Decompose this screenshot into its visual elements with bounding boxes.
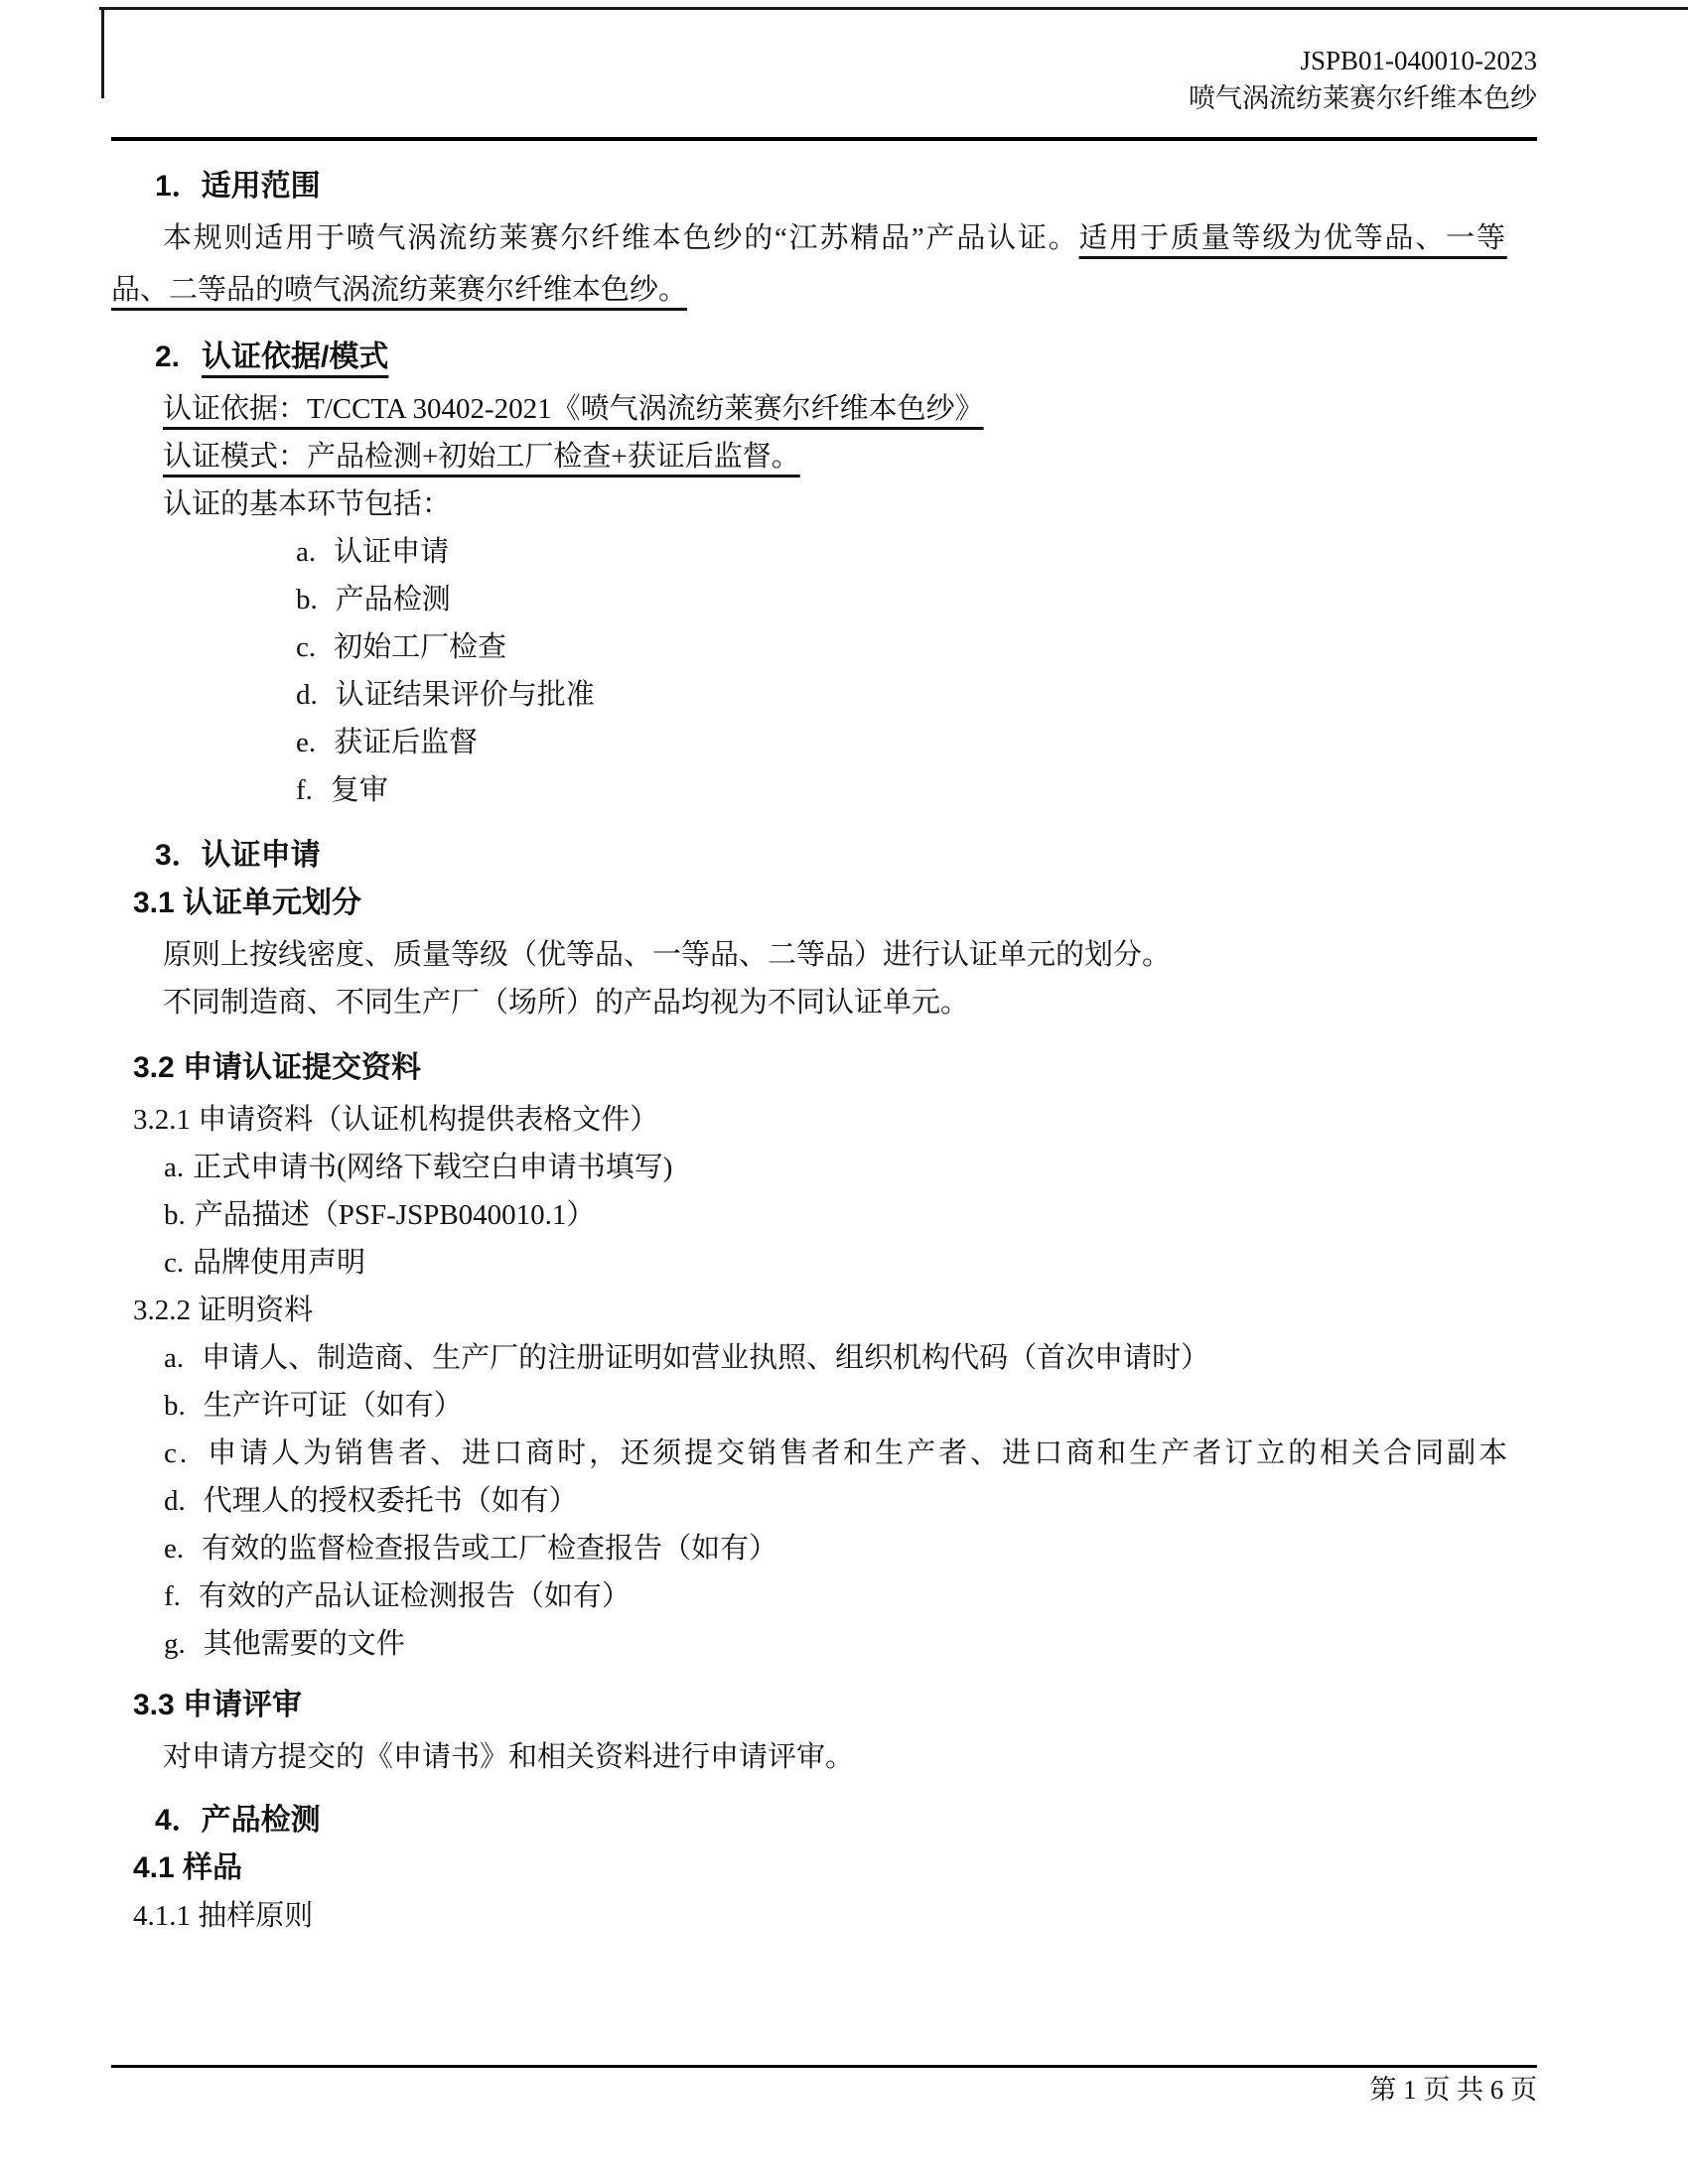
step-text: 认证申请	[334, 536, 449, 568]
page-header: JSPB01-040010-2023 喷气涡流纺莱赛尔纤维本色纱	[111, 42, 1537, 117]
proof-item-a: a.申请人、制造商、生产厂的注册证明如营业执照、组织机构代码（首次申请时）	[111, 1334, 1537, 1382]
step-item-b: b.产品检测	[111, 576, 1537, 623]
section-3-2-2-heading: 3.2.2 证明资料	[111, 1287, 1537, 1334]
item-text: 其他需要的文件	[204, 1628, 405, 1660]
section-4-heading: 4．产品检测	[111, 1797, 1537, 1844]
certification-basis-text: 认证依据：T/CCTA 30402-2021《喷气涡流纺莱赛尔纤维本色纱》	[163, 393, 984, 425]
step-marker: f.	[296, 774, 313, 806]
item-marker: a.	[164, 1152, 184, 1183]
section-2-number: 2.	[155, 341, 180, 373]
scope-text-normal: 本规则适用于喷气涡流纺莱赛尔纤维本色纱的“江苏精品”产品认证。	[163, 222, 1079, 254]
scan-artifact-left-line	[101, 7, 104, 98]
section-1-paragraph-line-1: 本规则适用于喷气涡流纺莱赛尔纤维本色纱的“江苏精品”产品认证。适用于质量等级为优…	[111, 214, 1537, 262]
section-2-heading: 2.认证依据/模式	[111, 334, 1537, 381]
section-1-heading: 1．适用范围	[111, 163, 1537, 210]
proof-item-d: d.代理人的授权委托书（如有）	[111, 1477, 1537, 1525]
step-item-e: e.获证后监督	[111, 719, 1537, 766]
proof-item-g: g.其他需要的文件	[111, 1620, 1537, 1668]
section-4-1-heading: 4.1 样品	[111, 1844, 1537, 1892]
section-1-paragraph-line-2: 品、二等品的喷气涡流纺莱赛尔纤维本色纱。	[111, 266, 1537, 314]
scope-text-underlined-2: 品、二等品的喷气涡流纺莱赛尔纤维本色纱。	[111, 274, 687, 306]
item-marker: c.	[164, 1247, 184, 1279]
doc-title: 喷气涡流纺莱赛尔纤维本色纱	[111, 79, 1537, 117]
step-item-f: f.复审	[111, 766, 1537, 814]
item-text: 代理人的授权委托书（如有）	[204, 1485, 578, 1517]
header-rule	[111, 137, 1537, 141]
item-marker: g.	[164, 1628, 186, 1660]
item-text: 产品描述（PSF-JSPB040010.1）	[195, 1199, 596, 1231]
step-text: 初始工厂检查	[334, 631, 506, 663]
item-text: 申请人为销售者、进口商时，还须提交销售者和生产者、进口商和生产者订立的相关合同副…	[208, 1437, 1510, 1469]
step-item-a: a.认证申请	[111, 528, 1537, 576]
item-marker: c.	[164, 1437, 190, 1469]
section-3-1-paragraph-1: 原则上按线密度、质量等级（优等品、一等品、二等品）进行认证单元的划分。	[111, 931, 1537, 979]
page-footer: 第 1 页 共 6 页	[111, 2071, 1537, 2109]
section-3-3-heading: 3.3 申请评审	[111, 1682, 1537, 1729]
page-number: 第 1 页 共 6 页	[1369, 2075, 1537, 2105]
doc-code: JSPB01-040010-2023	[111, 42, 1537, 79]
steps-intro: 认证的基本环节包括：	[111, 480, 1537, 528]
item-marker: a.	[164, 1342, 184, 1374]
item-marker: e.	[164, 1533, 184, 1565]
section-3-2-heading: 3.2 申请认证提交资料	[111, 1044, 1537, 1092]
step-text: 认证结果评价与批准	[336, 679, 595, 711]
item-text: 申请人、制造商、生产厂的注册证明如营业执照、组织机构代码（首次申请时）	[202, 1342, 1209, 1374]
section-3-heading: 3．认证申请	[111, 832, 1537, 880]
footer-rule	[111, 2065, 1537, 2068]
step-text: 复审	[331, 774, 388, 806]
certification-mode-text: 认证模式：产品检测+初始工厂检查+获证后监督。	[163, 441, 800, 473]
item-text: 正式申请书(网络下载空白申请书填写)	[193, 1152, 672, 1183]
section-4-1-1-heading: 4.1.1 抽样原则	[111, 1892, 1537, 1940]
step-text: 获证后监督	[334, 727, 478, 758]
item-text: 有效的产品认证检测报告（如有）	[199, 1580, 631, 1612]
step-marker: a.	[296, 536, 316, 568]
section-3-1-paragraph-2: 不同制造商、不同生产厂（场所）的产品均视为不同认证单元。	[111, 979, 1537, 1026]
item-text: 生产许可证（如有）	[204, 1390, 463, 1422]
item-text: 品牌使用声明	[193, 1247, 365, 1279]
scan-artifact-top-line	[99, 7, 1688, 10]
proof-item-b: b.生产许可证（如有）	[111, 1382, 1537, 1430]
item-marker: b.	[164, 1390, 186, 1422]
certification-mode-line: 认证模式：产品检测+初始工厂检查+获证后监督。	[111, 433, 1537, 480]
document-page: JSPB01-040010-2023 喷气涡流纺莱赛尔纤维本色纱 1．适用范围 …	[0, 0, 1688, 2184]
proof-item-e: e.有效的监督检查报告或工厂检查报告（如有）	[111, 1525, 1537, 1572]
section-3-3-paragraph: 对申请方提交的《申请书》和相关资料进行申请评审。	[111, 1733, 1537, 1781]
certification-basis-line: 认证依据：T/CCTA 30402-2021《喷气涡流纺莱赛尔纤维本色纱》	[111, 385, 1537, 433]
application-item-a: a.正式申请书(网络下载空白申请书填写)	[111, 1144, 1537, 1191]
item-marker: b.	[164, 1199, 186, 1231]
section-3-2-1-heading: 3.2.1 申请资料（认证机构提供表格文件）	[111, 1096, 1537, 1144]
application-item-c: c.品牌使用声明	[111, 1239, 1537, 1287]
document-body: 1．适用范围 本规则适用于喷气涡流纺莱赛尔纤维本色纱的“江苏精品”产品认证。适用…	[111, 159, 1537, 1940]
section-3-1-heading: 3.1 认证单元划分	[111, 880, 1537, 927]
step-marker: d.	[296, 679, 318, 711]
step-item-c: c.初始工厂检查	[111, 623, 1537, 671]
step-marker: e.	[296, 727, 316, 758]
step-marker: c.	[296, 631, 316, 663]
scope-text-underlined: 适用于质量等级为优等品、一等	[1079, 222, 1507, 254]
step-item-d: d.认证结果评价与批准	[111, 671, 1537, 719]
section-2-title: 认证依据/模式	[202, 341, 388, 373]
item-marker: f.	[164, 1580, 181, 1612]
item-text: 有效的监督检查报告或工厂检查报告（如有）	[202, 1533, 777, 1565]
step-marker: b.	[296, 584, 318, 615]
item-marker: d.	[164, 1485, 186, 1517]
application-item-b: b.产品描述（PSF-JSPB040010.1）	[111, 1191, 1537, 1239]
step-text: 产品检测	[336, 584, 451, 615]
proof-item-f: f.有效的产品认证检测报告（如有）	[111, 1572, 1537, 1620]
proof-item-c: c.申请人为销售者、进口商时，还须提交销售者和生产者、进口商和生产者订立的相关合…	[111, 1430, 1537, 1477]
